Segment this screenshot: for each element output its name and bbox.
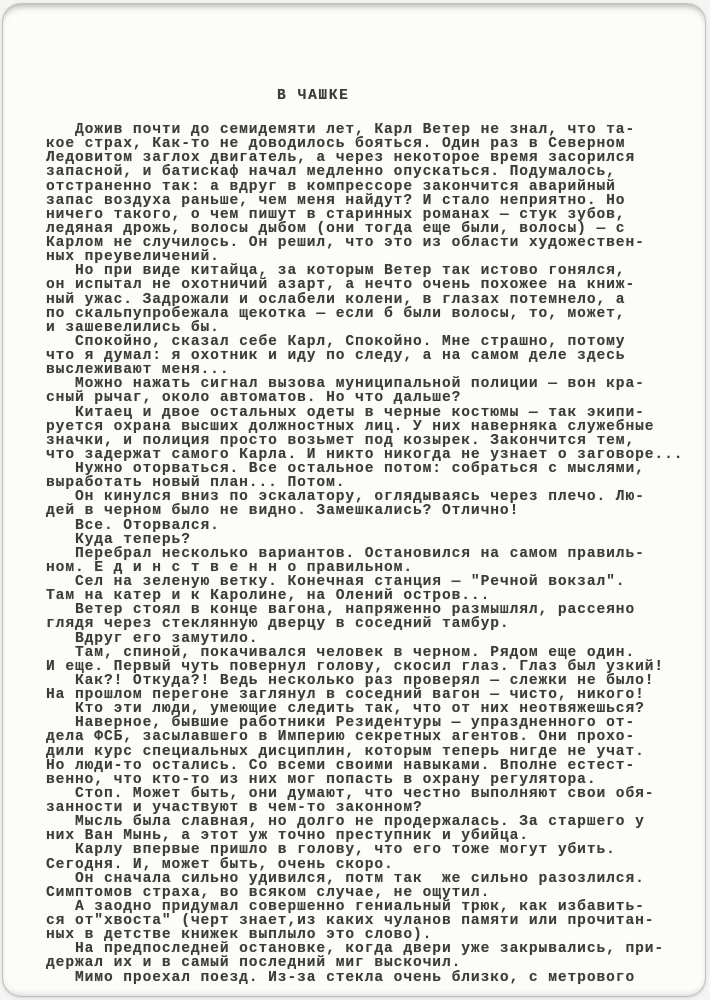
page-title: В ЧАШКЕ (277, 89, 350, 103)
scan-background: В ЧАШКЕ Дожив почти до семидемяти лет, К… (0, 0, 710, 1000)
body-text: Дожив почти до семидемяти лет, Карл Вете… (46, 123, 683, 985)
scanned-page: В ЧАШКЕ Дожив почти до семидемяти лет, К… (3, 4, 705, 996)
